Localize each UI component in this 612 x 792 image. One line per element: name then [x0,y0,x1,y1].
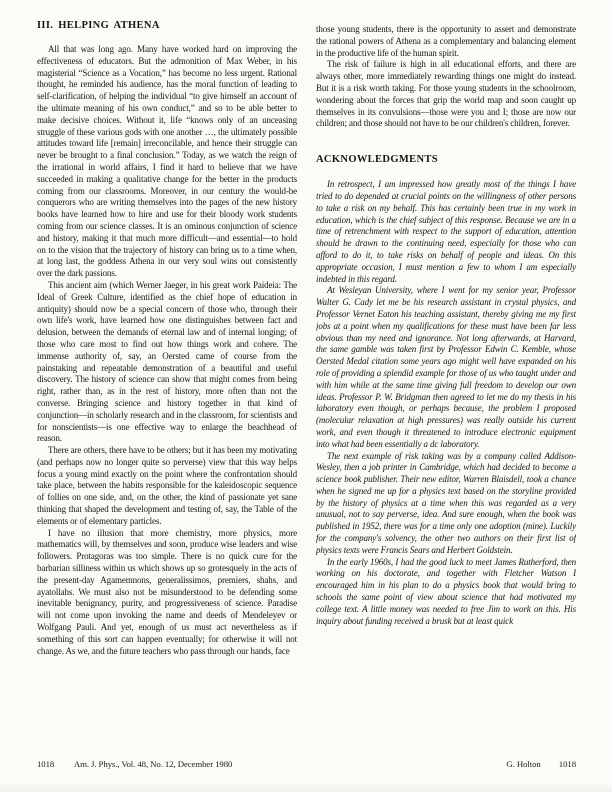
paragraph: This ancient aim (which Werner Jaeger, i… [37,280,297,445]
paragraph: In the early 1960s, I had the good luck … [316,557,576,628]
page-number: 1018 [37,759,54,769]
acknowledgments-section: In retrospect, I am impressed how greatl… [316,179,576,627]
acknowledgments-heading: ACKNOWLEDGMENTS [316,154,576,166]
continuation-paragraph: those young students, there is the oppor… [316,24,576,59]
footer-right: G. Holton 1018 [506,759,576,769]
paragraph: There are others, there have to be other… [37,445,297,528]
page-footer: 1018 Am. J. Phys., Vol. 48, No. 12, Dece… [37,759,576,769]
footer-left: 1018 Am. J. Phys., Vol. 48, No. 12, Dece… [37,759,232,769]
right-column: those young students, there is the oppor… [316,24,576,760]
journal-citation: Am. J. Phys., Vol. 48, No. 12, December … [74,759,233,769]
paragraph: The next example of risk taking was by a… [316,451,576,557]
paragraph: At Wesleyan University, where I went for… [316,285,576,450]
paragraph: The risk of failure is high in all educa… [316,59,576,130]
section-heading: III. HELPING ATHENA [37,20,297,32]
journal-page: III. HELPING ATHENA All that was long ag… [0,0,612,792]
paragraph: All that was long ago. Many have worked … [37,44,297,280]
paragraph: I have no illusion that more chemistry, … [37,528,297,658]
page-number: 1018 [559,759,576,769]
paragraph: In retrospect, I am impressed how greatl… [316,179,576,285]
left-column: III. HELPING ATHENA All that was long ag… [37,20,297,760]
author-name: G. Holton [506,759,540,769]
